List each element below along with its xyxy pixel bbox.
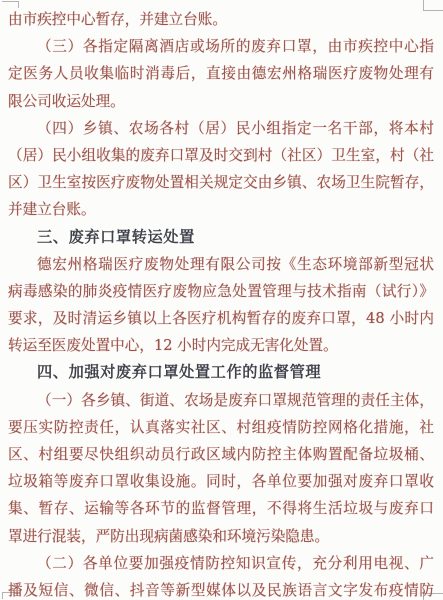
text-line: （一）各乡镇、街道、农场是废弃口罩规范管理的责任主体， <box>8 387 434 414</box>
text-line: （二）各单位要加强疫情防控知识宣传，充分利用电视、广 <box>8 550 434 577</box>
text-block: 由市疾控中心暂存，并建立台账。（三）各指定隔离酒店或场所的废弃口罩，由市疾控中心… <box>8 6 434 600</box>
text-line: （居）民小组收集的废弃口罩及时交到村（社区）卫生室，村（社 <box>8 142 434 169</box>
text-line: 定医务人员收集临时消毒后，直接由德宏州格瑞医疗废物处理有 <box>8 60 434 87</box>
text-line: 病毒感染的肺炎疫情医疗废物应急处置管理与技术指南（试行）》 <box>8 278 434 305</box>
text-line: 要压实防控责任，认真落实社区、村组疫情防控网格化措施，社 <box>8 414 434 441</box>
text-line: 转运至医废处置中心，12 小时内完成无害化处置。 <box>8 332 434 359</box>
text-line: 区、村组要尽快组织动员行政区域内防控主体购置配备垃圾桶、 <box>8 441 434 468</box>
text-line: 由市疾控中心暂存，并建立台账。 <box>8 6 434 33</box>
text-line: 四、加强对废弃口罩处置工作的监督管理 <box>8 359 434 386</box>
text-line: （四）乡镇、农场各村（居）民小组指定一名干部，将本村 <box>8 115 434 142</box>
text-line: 要求，及时清运乡镇以上各医疗机构暂存的废弃口罩，48 小时内 <box>8 305 434 332</box>
text-line: 罩进行混装，严防出现病菌感染和环境污染隐患。 <box>8 523 434 550</box>
text-line: 限公司收运处理。 <box>8 88 434 115</box>
text-line: 垃圾箱等废弃口罩收集设施。同时，各单位要加强对废弃口罩收 <box>8 468 434 495</box>
text-line: （三）各指定隔离酒店或场所的废弃口罩，由市疾控中心指 <box>8 33 434 60</box>
text-line: 集、暂存、运输等各环节的监督管理，不得将生活垃圾与废弃口 <box>8 495 434 522</box>
text-line: 并建立台账。 <box>8 196 434 223</box>
text-line: 播及短信、微信、抖音等新型媒体以及民族语言文字发布疫情防 <box>8 577 434 600</box>
text-line: 德宏州格瑞医疗废物处理有限公司按《生态环境部新型冠状 <box>8 251 434 278</box>
text-line: 区）卫生室按医疗废物处置相关规定交由乡镇、农场卫生院暂存， <box>8 169 434 196</box>
text-line: 三、废弃口罩转运处置 <box>8 224 434 251</box>
document-page: 由市疾控中心暂存，并建立台账。（三）各指定隔离酒店或场所的废弃口罩，由市疾控中心… <box>0 0 443 600</box>
